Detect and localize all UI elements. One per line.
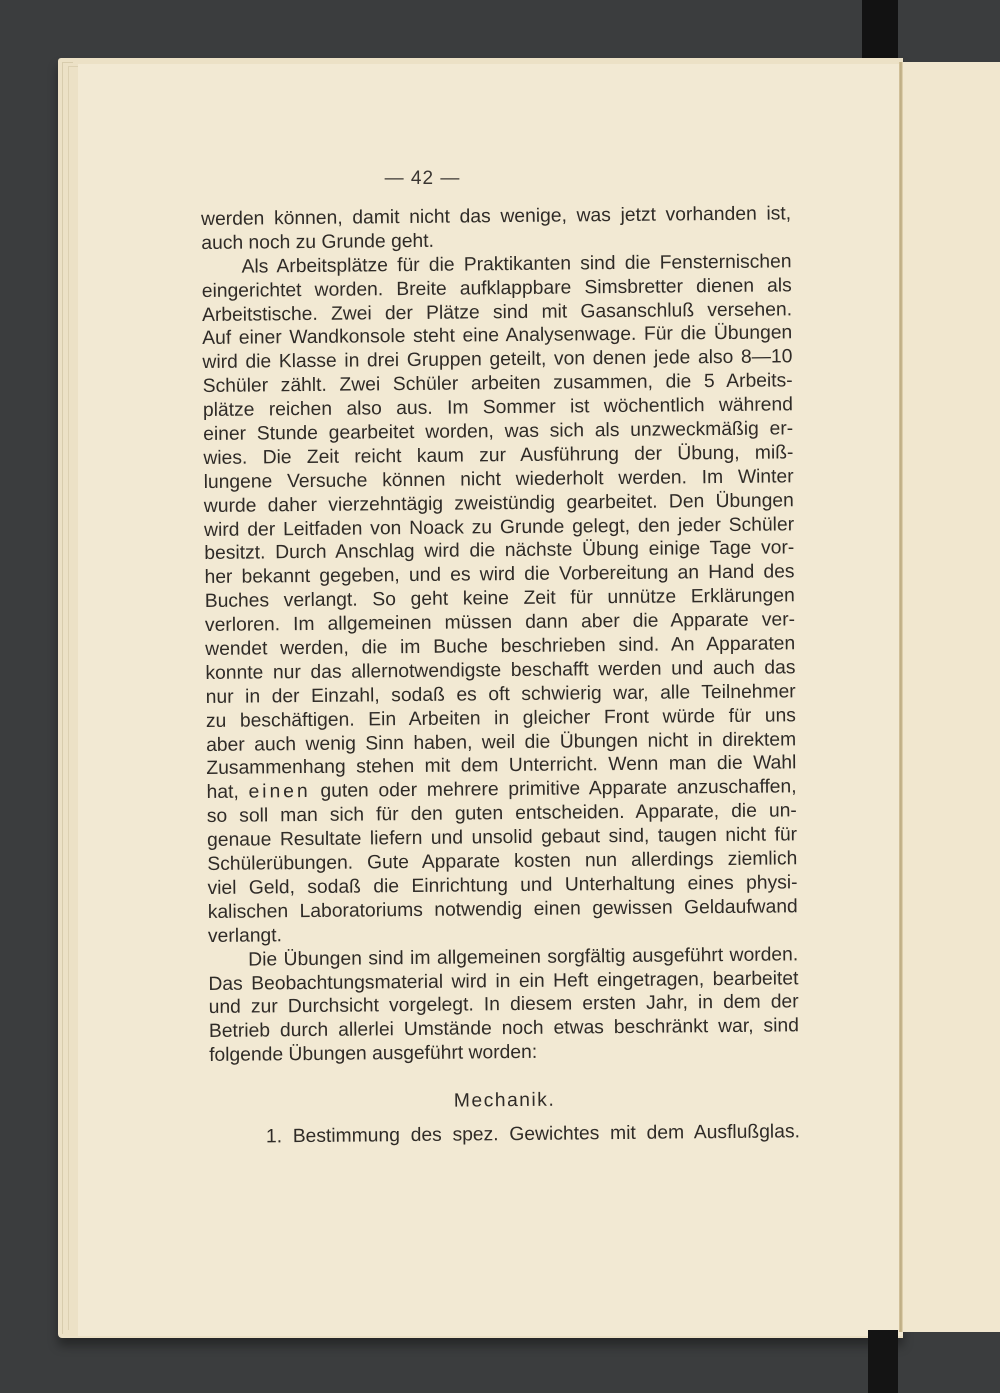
- text-line: folgende Übungen ausgeführt worden:: [209, 1038, 799, 1068]
- body-text: werden können, damit nicht das wenige, w…: [201, 202, 800, 1149]
- book-gutter: [899, 62, 903, 1332]
- section-heading: Mechanik.: [209, 1086, 799, 1116]
- book-cover-edge-top: [862, 0, 898, 62]
- facing-page-sliver: [902, 62, 1000, 1332]
- book-cover-edge-bottom: [868, 1330, 898, 1393]
- emphasized-word: einen: [248, 781, 310, 803]
- page-number: — 42 —: [0, 168, 845, 190]
